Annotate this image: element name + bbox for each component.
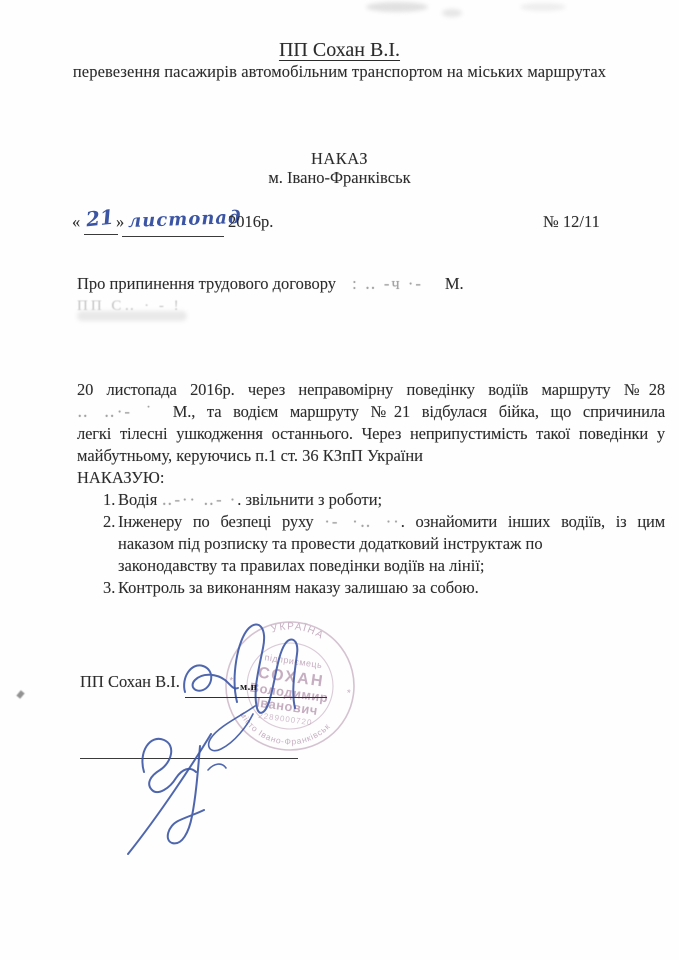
date-quote-open: « bbox=[72, 212, 80, 232]
item-text: Контроль за виконанням наказу залишаю за… bbox=[118, 577, 665, 599]
decree-word: НАКАЗУЮ: bbox=[77, 467, 665, 489]
body-line: ‥ ‥·‐ ˙ М., та водієм маршруту №21 відбу… bbox=[77, 401, 665, 423]
list-item: 3. Контроль за виконанням наказу залишаю… bbox=[103, 577, 665, 599]
order-heading: НАКАЗ bbox=[0, 149, 679, 169]
redacted-name: ‥ ‥·‐ ˙ bbox=[77, 402, 161, 421]
company-subtitle: перевезення пасажирів автомобільним тран… bbox=[0, 62, 679, 82]
scan-smudge bbox=[366, 2, 428, 12]
scan-speck bbox=[16, 690, 24, 699]
body-line: 20 листопада 2016р. через неправомірну п… bbox=[77, 379, 665, 401]
order-items: 1. Водія ‥‐·· ‥‐ ·. звільнити з роботи; … bbox=[103, 489, 665, 599]
date-quote-close: » bbox=[116, 212, 124, 232]
scanned-order-document: ПП Сохан В.І. перевезення пасажирів авто… bbox=[0, 0, 679, 960]
redacted-name: ·‐ ·‥ ·· bbox=[324, 512, 400, 531]
second-signature-ink bbox=[98, 718, 243, 868]
body-line: майбутньому, керуючись п.1 ст. 36 КЗпП У… bbox=[77, 445, 665, 467]
erasure-smear bbox=[77, 311, 187, 321]
scan-smudge bbox=[520, 3, 566, 11]
subject-text: Про припинення трудового договору bbox=[77, 274, 336, 293]
signature-line bbox=[185, 697, 327, 698]
item-text-post: . ознайомити інших водіїв, із цим bbox=[401, 512, 665, 531]
handwritten-day: 21 bbox=[85, 205, 115, 232]
company-title: ПП Сохан В.І. bbox=[0, 39, 679, 62]
item-line: законодавству та правилах поведінки воді… bbox=[118, 555, 665, 577]
subject-initial: М. bbox=[445, 274, 464, 293]
handwritten-month: листопад bbox=[128, 207, 242, 232]
body-line: легкі тілесні ушкодження останнього. Чер… bbox=[77, 423, 665, 445]
order-body: 20 листопада 2016р. через неправомірну п… bbox=[77, 379, 665, 489]
subject-line: Про припинення трудового договору: ‥ ‑ч … bbox=[77, 274, 464, 294]
month-underline bbox=[122, 236, 224, 237]
item-line: наказом під розписку та провести додатко… bbox=[118, 533, 665, 555]
item-text-pre: Інженеру по безпеці руху bbox=[118, 512, 314, 531]
date-year: 2016р. bbox=[228, 212, 273, 232]
order-city: м. Івано-Франківськ bbox=[0, 168, 679, 188]
list-item: 1. Водія ‥‐·· ‥‐ ·. звільнити з роботи; bbox=[103, 489, 665, 511]
item-text: Водія ‥‐·· ‥‐ ·. звільнити з роботи; bbox=[118, 489, 665, 511]
list-item: 2. Інженеру по безпеці руху ·‐ ·‥ ··. оз… bbox=[103, 511, 665, 577]
item-number: 3. bbox=[103, 577, 118, 599]
item-line: Інженеру по безпеці руху ·‐ ·‥ ··. ознай… bbox=[118, 511, 665, 533]
body-line-text: М., та водієм маршруту №21 відбулася бій… bbox=[173, 402, 665, 421]
order-number: № 12/11 bbox=[543, 212, 600, 232]
scan-smudge bbox=[442, 9, 462, 17]
signer-label: ПП Сохан В.І. bbox=[80, 672, 180, 692]
item-text-pre: Водія bbox=[118, 490, 157, 509]
seal-place-mark: м.п bbox=[240, 682, 257, 693]
subject-redacted-name: : ‥ ‑ч ·‑ bbox=[352, 274, 423, 293]
item-text: Інженеру по безпеці руху ·‐ ·‥ ··. ознай… bbox=[118, 511, 665, 577]
day-underline bbox=[84, 234, 118, 235]
item-number: 1. bbox=[103, 489, 118, 511]
item-text-post: . звільнити з роботи; bbox=[237, 490, 382, 509]
redacted-name: ‥‐·· ‥‐ · bbox=[161, 490, 237, 509]
stamp-star-right: * bbox=[346, 688, 351, 699]
item-number: 2. bbox=[103, 511, 118, 577]
